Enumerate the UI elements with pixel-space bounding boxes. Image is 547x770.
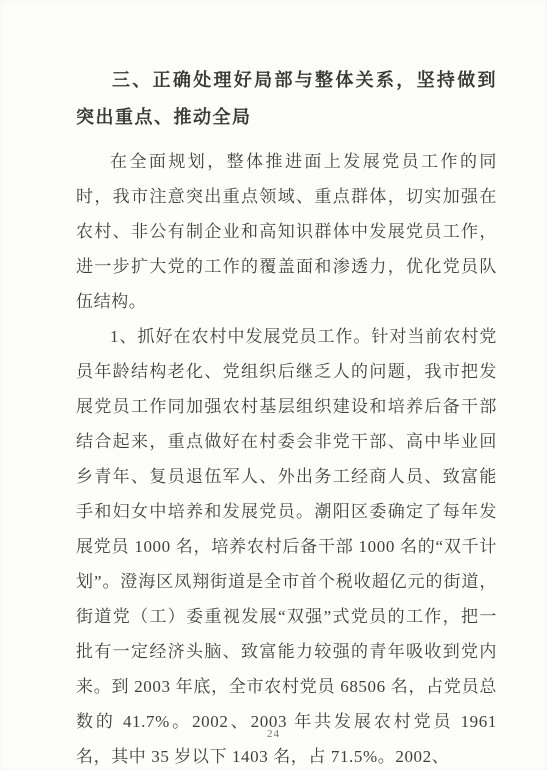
page-number: 24 [0,728,547,740]
section-heading: 三、正确处理好局部与整体关系，坚持做到突出重点、推动全局 [76,62,497,136]
paragraph-overview: 在全面规划，整体推进面上发展党员工作的同时，我市注意突出重点领域、重点群体，切实… [76,144,497,319]
paragraph-rural-party-development: 1、抓好在农村中发展党员工作。针对当前农村党员年龄结构老化、党组织后继乏人的问题… [76,319,497,770]
document-page: 三、正确处理好局部与整体关系，坚持做到突出重点、推动全局 在全面规划，整体推进面… [0,0,547,770]
